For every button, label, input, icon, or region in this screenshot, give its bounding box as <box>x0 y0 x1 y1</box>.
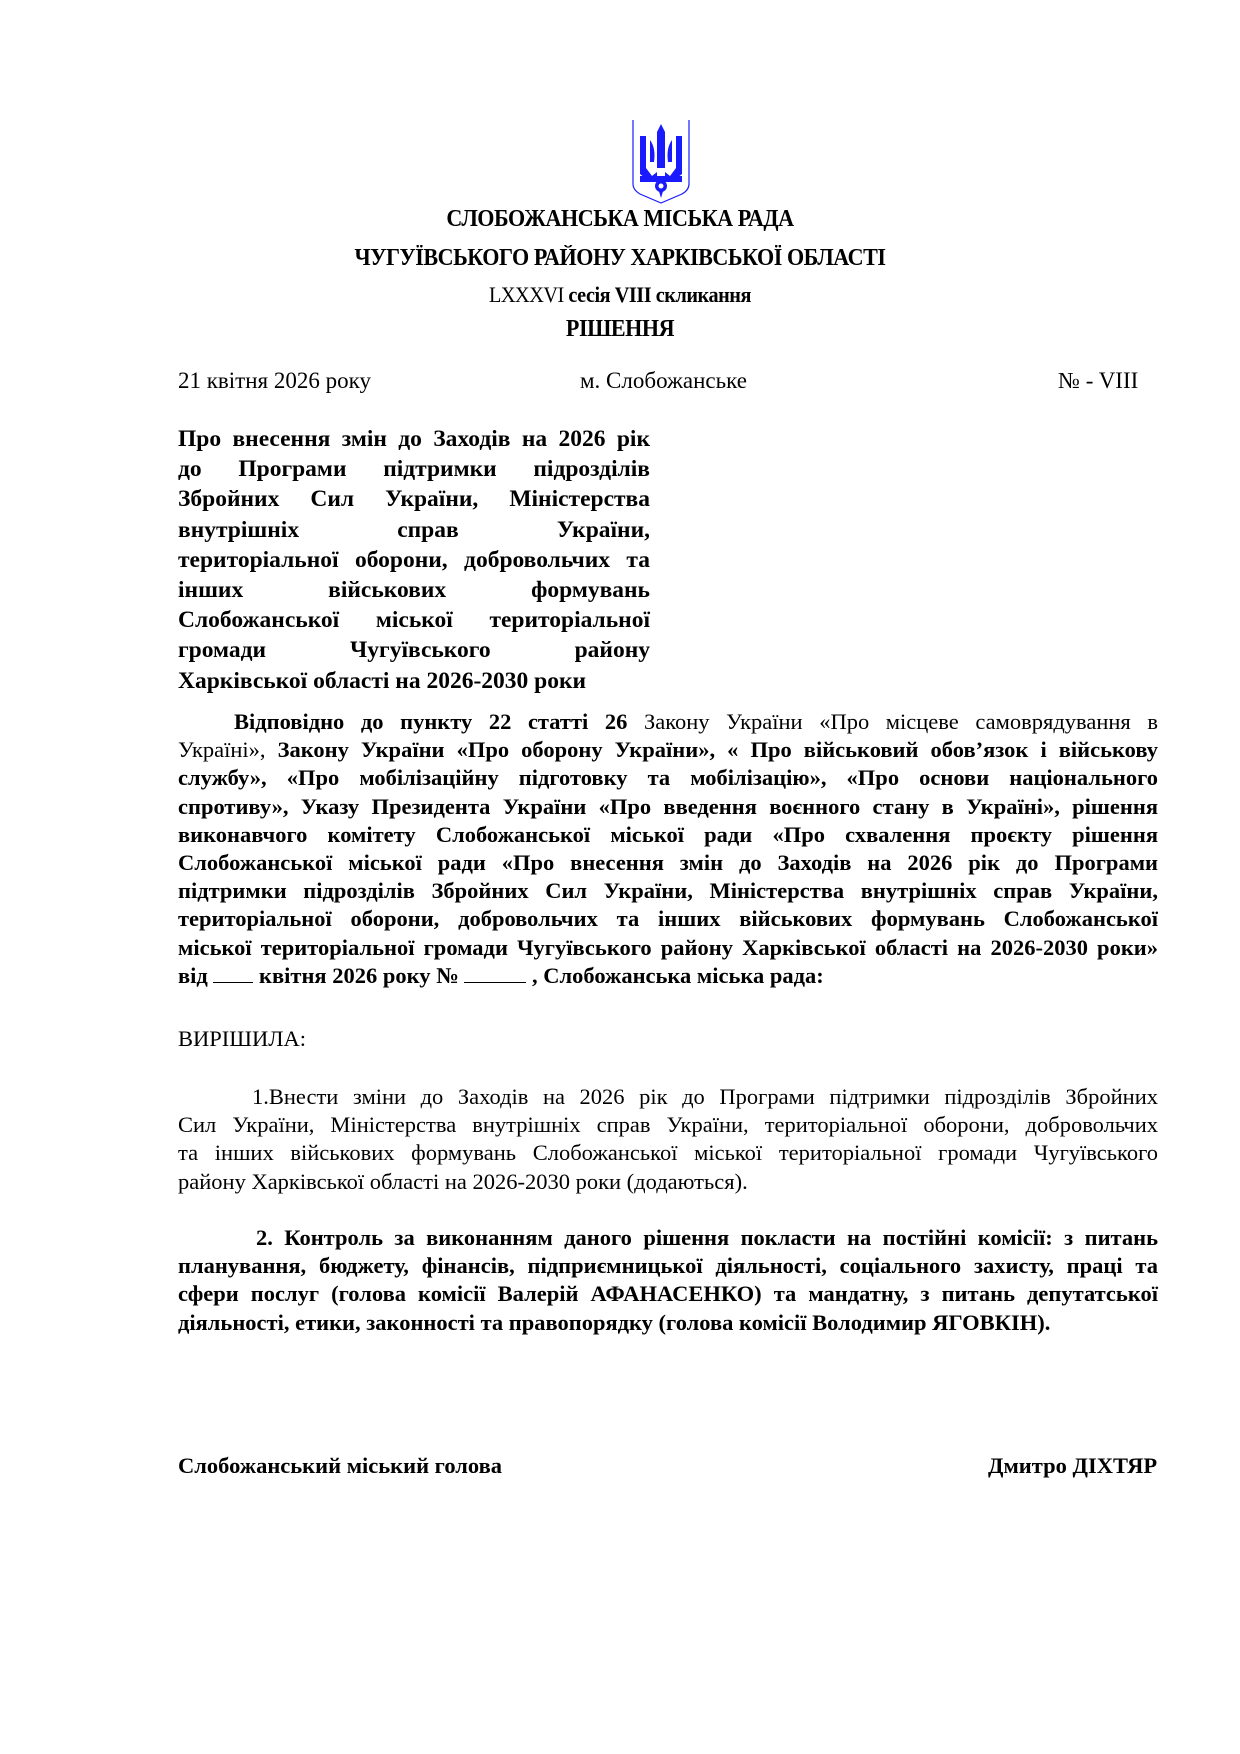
item-line: діяльності, етики, законності та правопо… <box>178 1309 1158 1337</box>
subject-line: внутрішніх справ України, <box>178 515 650 545</box>
item-line: 2. Контроль за виконанням даного рішення… <box>178 1224 1158 1252</box>
subject-line: громади Чугуївського району <box>178 635 650 665</box>
council-title: СЛОБОЖАНСЬКА МІСЬКА РАДА <box>50 206 1191 233</box>
decision-item-2: 2. Контроль за виконанням даного рішення… <box>178 1224 1158 1337</box>
decision-subject: Про внесення змін до Заходів на 2026 рік… <box>178 424 650 696</box>
preamble-line: від квітня 2026 року № , Слобожанська мі… <box>178 962 1158 990</box>
decision-city: м. Слобожанське <box>580 368 747 394</box>
subject-line: Про внесення змін до Заходів на 2026 рік <box>178 424 650 454</box>
preamble-line: міської територіальної громади Чугуївськ… <box>178 934 1158 962</box>
preamble-line: спротиву», Указу Президента України «Про… <box>178 793 1158 821</box>
decision-item-1: 1.Внести зміни до Заходів на 2026 рік до… <box>178 1083 1158 1196</box>
session-text: сесія VIII скликання <box>564 282 751 307</box>
subject-line: до Програми підтримки підрозділів <box>178 454 650 484</box>
session-roman: LXXXVI <box>489 282 564 307</box>
item-line: 1.Внести зміни до Заходів на 2026 рік до… <box>178 1083 1158 1111</box>
preamble-line: виконавчого комітету Слобожанської міськ… <box>178 821 1158 849</box>
item-line: планування, бюджету, фінансів, підприємн… <box>178 1252 1158 1280</box>
item-line: та інших військових формувань Слобожансь… <box>178 1139 1158 1167</box>
subject-line: Слобожанської міської територіальної <box>178 605 650 635</box>
item-line: Сил України, Міністерства внутрішніх спр… <box>178 1111 1158 1139</box>
subject-line: Збройних Сил України, Міністерства <box>178 484 650 514</box>
signatory-name: Дмитро ДІХТЯР <box>988 1453 1157 1479</box>
signatory-position: Слобожанський міський голова <box>178 1453 502 1479</box>
document-type: РІШЕННЯ <box>50 316 1191 343</box>
preamble-line: Слобожанської міської ради «Про внесення… <box>178 849 1158 877</box>
subject-line: інших військових формувань <box>178 575 650 605</box>
date-row: 21 квітня 2026 року м. Слобожанське № - … <box>178 368 1158 398</box>
preamble-paragraph: Відповідно до пункту 22 статті 26 Закону… <box>178 708 1158 990</box>
item-line: сфери послуг (голова комісії Валерій АФА… <box>178 1280 1158 1308</box>
trident-coat-of-arms-icon <box>630 118 692 204</box>
subject-line: Харківської області на 2026-2030 роки <box>178 666 650 696</box>
preamble-line: Україні», Закону України «Про оборону Ук… <box>178 736 1158 764</box>
blank-number-field <box>464 962 526 983</box>
decided-label: ВИРІШИЛА: <box>178 1026 306 1052</box>
preamble-line: службу», «Про мобілізаційну підготовку т… <box>178 764 1158 792</box>
subject-line: територіальної оборони, добровольчих та <box>178 545 650 575</box>
decision-number: № - VIII <box>1058 368 1138 394</box>
blank-day-field <box>213 962 253 983</box>
session-line: LXXXVI сесія VIII скликання <box>50 282 1191 308</box>
district-title: ЧУГУЇВСЬКОГО РАЙОНУ ХАРКІВСЬКОЇ ОБЛАСТІ <box>50 245 1191 272</box>
decision-date: 21 квітня 2026 року <box>178 368 371 394</box>
item-line: району Харківської області на 2026-2030 … <box>178 1168 1158 1196</box>
preamble-line: територіальної оборони, добровольчих та … <box>178 905 1158 933</box>
preamble-line: підтримки підрозділів Збройних Сил Украї… <box>178 877 1158 905</box>
preamble-line: Відповідно до пункту 22 статті 26 Закону… <box>178 708 1158 736</box>
